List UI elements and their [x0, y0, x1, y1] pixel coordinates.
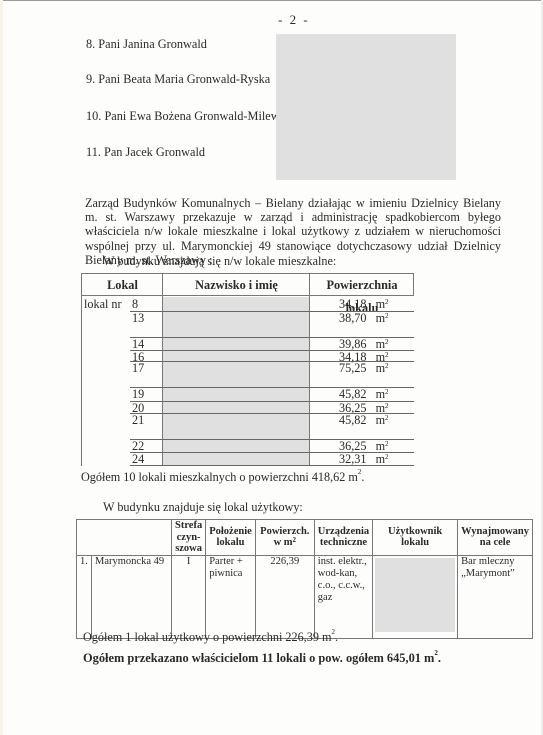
- header-user: Użytkownik lokalu: [373, 520, 458, 556]
- row-location: Parter + piwnica: [206, 555, 256, 638]
- row-equipment: inst. elektr., wod-kan, c.o., c.c.w., ga…: [314, 555, 372, 638]
- row-area: 226,39: [255, 555, 314, 638]
- row-purpose: Bar mleczny „Marymont”: [458, 555, 533, 638]
- page-number: - 2 -: [278, 12, 310, 28]
- row-lp: 1.: [77, 555, 92, 638]
- row-number: 19: [132, 388, 144, 401]
- header-blank: [77, 520, 172, 556]
- heir-item: 10. Pani Ewa Bożena Gronwald-Milewska: [86, 109, 296, 124]
- row-prefix: lokal nr: [84, 298, 122, 311]
- commercial-total: Ogółem 1 lokal użytkowy o powierzchni 22…: [83, 630, 338, 645]
- redacted-user: [375, 558, 455, 632]
- redacted-block: [276, 34, 456, 180]
- page-top-edge: [0, 0, 543, 1]
- row-number: 8: [132, 298, 138, 311]
- header-name: Nazwisko i imię: [163, 273, 310, 296]
- residential-table: Lokal Nazwisko i imię Powierzchnia lokal…: [81, 273, 414, 466]
- header-area: Powierzch. w m2: [255, 520, 314, 556]
- grand-total: Ogółem przekazano właścicielom 11 lokali…: [83, 651, 441, 666]
- header-location: Położenie lokalu: [206, 520, 256, 556]
- table-row: 1. Marymoncka 49 I Parter + piwnica 226,…: [77, 555, 533, 638]
- row-address: Marymoncka 49: [92, 555, 172, 638]
- header-zone: Strefa czyn-szowa: [172, 520, 206, 556]
- row-zone: I: [172, 555, 206, 638]
- row-area: 34,18 m2: [339, 298, 389, 311]
- header-purpose: Wynajmowany na cele: [458, 520, 533, 556]
- row-area: 45,82 m2: [339, 388, 389, 401]
- commercial-heading: W budynku znajduje się lokal użytkowy:: [103, 500, 303, 515]
- row-area: 45,82 m2: [339, 414, 389, 427]
- heir-item: 8. Pani Janina Gronwald: [86, 37, 207, 52]
- header-area: Powierzchnia lokalu: [310, 273, 414, 296]
- header-lokal: Lokal: [82, 273, 163, 296]
- row-area: 75,25 m2: [339, 362, 389, 375]
- residential-total: Ogółem 10 lokali mieszkalnych o powierzc…: [81, 470, 364, 485]
- heir-item: 11. Pan Jacek Gronwald: [86, 145, 205, 160]
- heir-item: 9. Pani Beata Maria Gronwald-Ryska: [86, 72, 270, 87]
- residential-heading: W budynku znajdują się n/w lokale mieszk…: [103, 254, 336, 269]
- commercial-table: Strefa czyn-szowa Położenie lokalu Powie…: [76, 519, 533, 639]
- row-area: 38,70 m2: [339, 312, 389, 325]
- header-equipment: Urządzenia techniczne: [314, 520, 372, 556]
- page-left-edge: [0, 0, 3, 735]
